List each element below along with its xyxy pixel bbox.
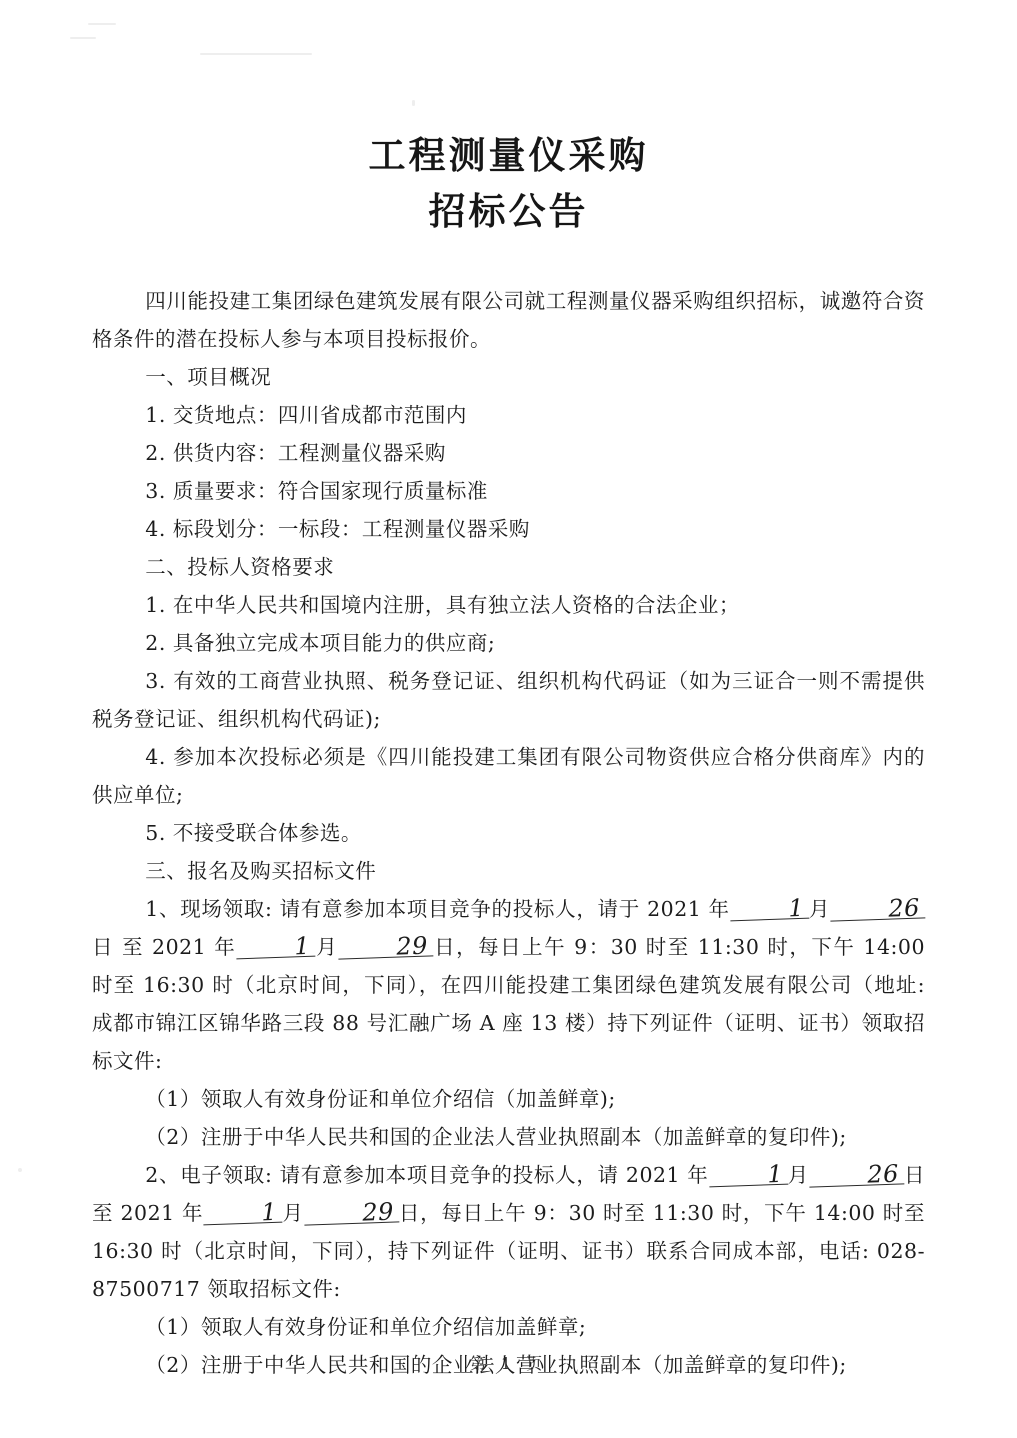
page-number: 第 1 页: [0, 1351, 1017, 1374]
section3-heading: 三、报名及购买招标文件: [92, 852, 925, 890]
handwritten-day-4: 29: [303, 1201, 399, 1225]
onsite-subitem-1: （1）领取人有效身份证和单位介绍信（加盖鲜章);: [92, 1080, 925, 1118]
scan-artifact: [70, 37, 96, 39]
onsite-subitem-2: （2）注册于中华人民共和国的企业法人营业执照副本（加盖鲜章的复印件);: [92, 1118, 925, 1156]
electronic-pickup-paragraph: 2、电子领取: 请有意参加本项目竞争的投标人，请 2021 年1月26日 至 2…: [92, 1156, 925, 1308]
document-title-line2: 招标公告: [92, 184, 925, 240]
handwritten-day-3: 26: [809, 1163, 905, 1187]
electronic-text-sep1: 月: [788, 1163, 809, 1187]
handwritten-month-1: 1: [729, 898, 809, 922]
scan-artifact: [412, 100, 415, 106]
handwritten-day-1: 26: [830, 897, 926, 921]
section1-item-bid-sections: 4. 标段划分：一标段：工程测量仪器采购: [92, 510, 925, 548]
section1-item-delivery-location: 1. 交货地点：四川省成都市范围内: [92, 396, 925, 434]
onsite-text-sep1: 月: [809, 897, 830, 921]
document-page: 工程测量仪采购 招标公告 四川能投建工集团绿色建筑发展有限公司就工程测量仪器采购…: [0, 0, 1017, 1438]
scan-artifact: [200, 53, 312, 55]
handwritten-day-2: 29: [338, 935, 434, 959]
section2-heading: 二、投标人资格要求: [92, 548, 925, 586]
section2-item-3: 3. 有效的工商营业执照、税务登记证、组织机构代码证（如为三证合一则不需提供税务…: [92, 662, 925, 738]
electronic-subitem-1: （1）领取人有效身份证和单位介绍信加盖鲜章;: [92, 1308, 925, 1346]
section1-heading: 一、项目概况: [92, 358, 925, 396]
handwritten-month-4: 1: [203, 1202, 283, 1226]
scan-artifact: [18, 1168, 22, 1172]
electronic-text-pre: 2、电子领取: 请有意参加本项目竞争的投标人，请 2021 年: [145, 1163, 708, 1187]
onsite-text-sep2: 月: [315, 935, 338, 959]
intro-paragraph: 四川能投建工集团绿色建筑发展有限公司就工程测量仪器采购组织招标，诚邀符合资格条件…: [92, 282, 925, 358]
document-title-line1: 工程测量仪采购: [92, 128, 925, 184]
section1-item-supply-content: 2. 供货内容：工程测量仪器采购: [92, 434, 925, 472]
document-body: 四川能投建工集团绿色建筑发展有限公司就工程测量仪器采购组织招标，诚邀符合资格条件…: [92, 282, 925, 1384]
section2-item-4: 4. 参加本次投标必须是《四川能投建工集团有限公司物资供应合格分供商库》内的供应…: [92, 738, 925, 814]
onsite-text-pre: 1、现场领取: 请有意参加本项目竞争的投标人，请于 2021 年: [145, 897, 729, 921]
section2-item-5: 5. 不接受联合体参选。: [92, 814, 925, 852]
section1-item-quality-requirement: 3. 质量要求：符合国家现行质量标准: [92, 472, 925, 510]
handwritten-month-2: 1: [236, 936, 316, 960]
onsite-text-mid: 日 至 2021 年: [92, 935, 236, 959]
section2-item-2: 2. 具备独立完成本项目能力的供应商;: [92, 624, 925, 662]
handwritten-month-3: 1: [708, 1164, 788, 1188]
scan-artifact: [88, 23, 116, 25]
onsite-pickup-paragraph: 1、现场领取: 请有意参加本项目竞争的投标人，请于 2021 年1月26日 至 …: [92, 890, 925, 1080]
electronic-text-sep2: 月: [282, 1201, 304, 1225]
section2-item-1: 1. 在中华人民共和国境内注册，具有独立法人资格的合法企业；: [92, 586, 925, 624]
